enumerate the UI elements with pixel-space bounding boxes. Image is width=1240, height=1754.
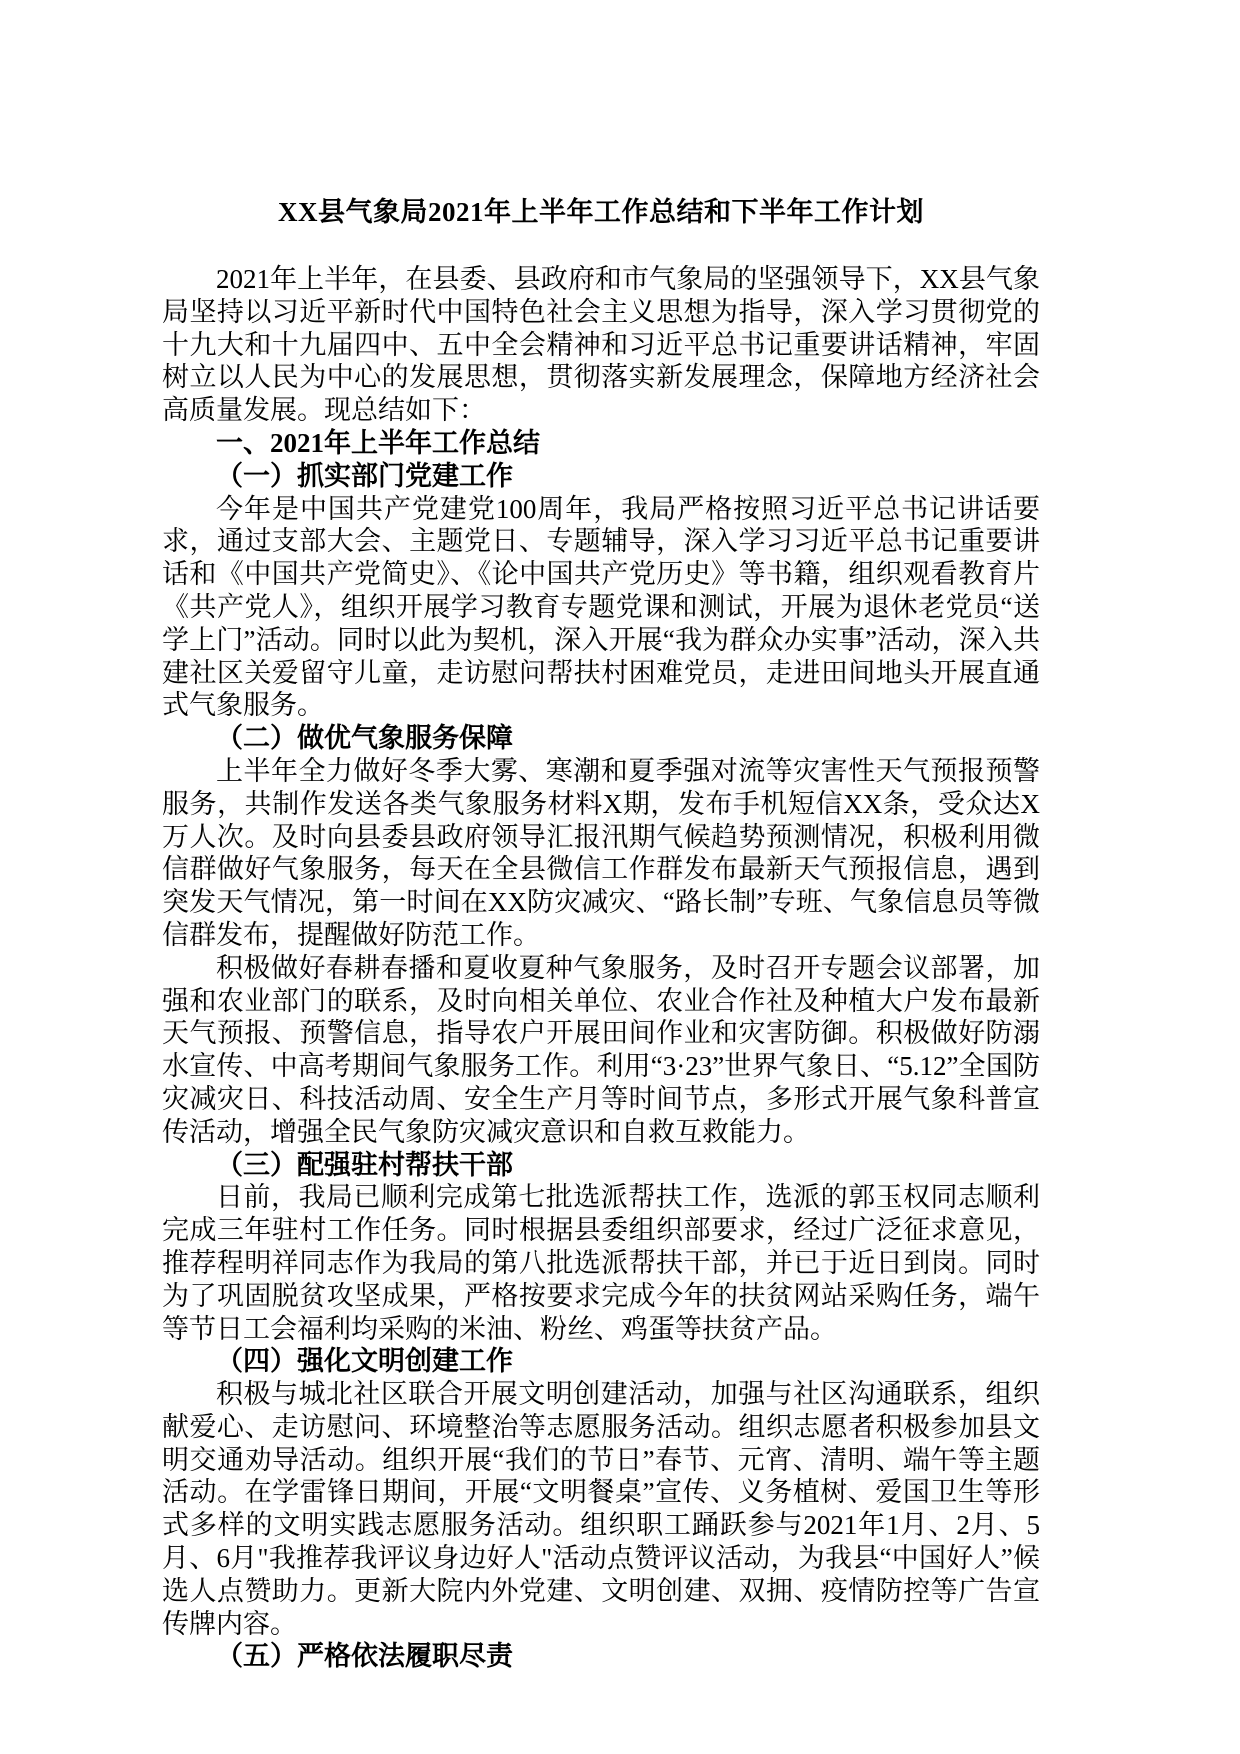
paragraph-weather-service-1: 上半年全力做好冬季大雾、寒潮和夏季强对流等灾害性天气预报预警服务，共制作发送各类… — [162, 755, 1040, 952]
section-heading-4: （四）强化文明创建工作 — [162, 1345, 1040, 1378]
section-heading-2: （二）做优气象服务保障 — [162, 722, 1040, 755]
section-heading-3: （三）配强驻村帮扶干部 — [162, 1149, 1040, 1182]
document-content: XX县气象局2021年上半年工作总结和下半年工作计划 2021年上半年，在县委、… — [162, 196, 1040, 1673]
paragraph-intro: 2021年上半年，在县委、县政府和市气象局的坚强领导下，XX县气象局坚持以习近平… — [162, 263, 1040, 427]
section-heading-5: （五）严格依法履职尽责 — [162, 1640, 1040, 1673]
paragraph-civilization-work: 积极与城北社区联合开展文明创建活动，加强与社区沟通联系，组织献爱心、走访慰问、环… — [162, 1378, 1040, 1640]
section-heading-1: （一）抓实部门党建工作 — [162, 460, 1040, 493]
paragraph-weather-service-2: 积极做好春耕春播和夏收夏种气象服务，及时召开专题会议部署，加强和农业部门的联系，… — [162, 952, 1040, 1149]
paragraph-village-assistance: 日前，我局已顺利完成第七批选派帮扶工作，选派的郭玉权同志顺利完成三年驻村工作任务… — [162, 1181, 1040, 1345]
paragraph-party-building: 今年是中国共产党建党100周年，我局严格按照习近平总书记讲话要求，通过支部大会、… — [162, 493, 1040, 723]
document-page: XX县气象局2021年上半年工作总结和下半年工作计划 2021年上半年，在县委、… — [0, 0, 1240, 1754]
section-heading-part-one: 一、2021年上半年工作总结 — [162, 427, 1040, 460]
document-title: XX县气象局2021年上半年工作总结和下半年工作计划 — [162, 196, 1040, 229]
